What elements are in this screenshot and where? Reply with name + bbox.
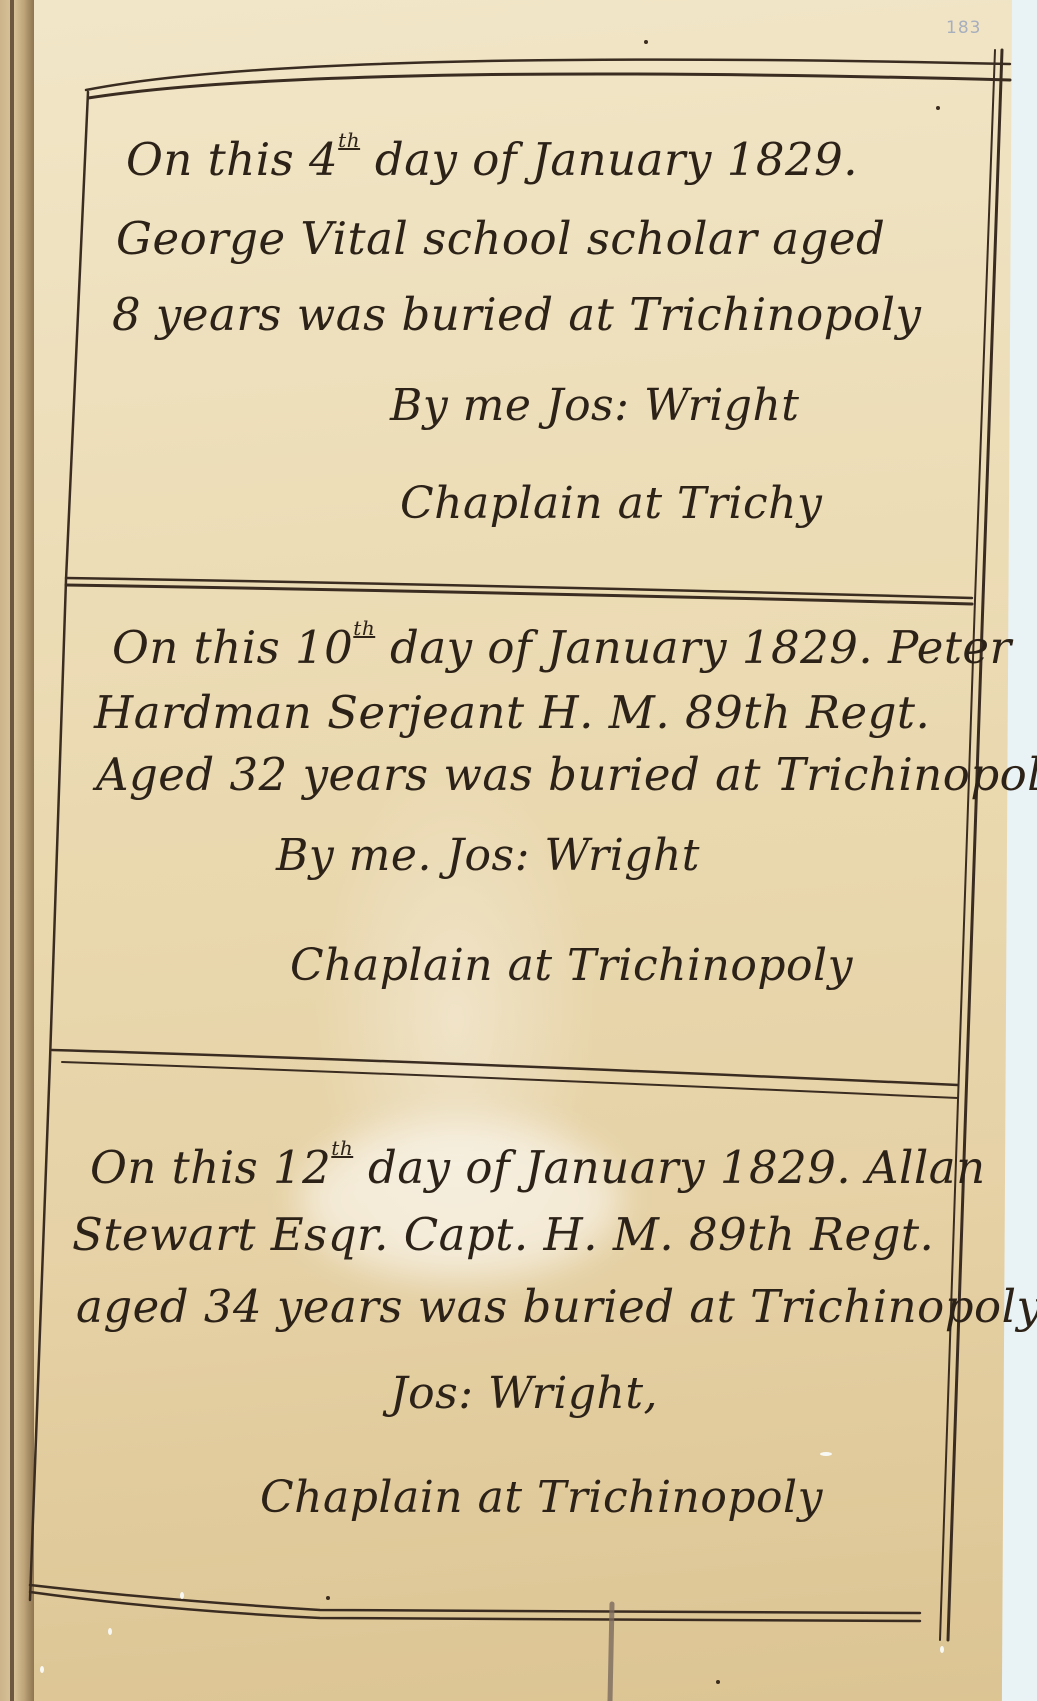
entry-2-date-suffix: day of January 1829. Peter [375,621,1011,674]
entry-1-date-suffix: day of January 1829. [360,133,858,186]
ink-speck [644,40,648,44]
entry-2-line-2: Hardman Serjeant H. M. 89th Regt. [94,686,930,739]
entry-3-signature: Jos: Wright, [390,1368,658,1419]
entry-2-line-1: On this 10th day of January 1829. Peter [112,616,1012,674]
entry-1-ordinal: th [338,128,360,152]
entry-1-line-3: 8 years was buried at Trichinopoly [112,288,921,341]
entry-1-date-prefix: On this 4 [126,133,338,186]
paper-fleck [40,1666,44,1673]
entry-3-date-prefix: On this 12 [90,1141,331,1194]
book-gutter [0,0,34,1701]
entry-3-line-2: Stewart Esqr. Capt. H. M. 89th Regt. [72,1208,934,1261]
entry-3-ordinal: th [331,1136,353,1160]
entry-2-line-3: Aged 32 years was buried at Trichinopoly [96,748,1037,801]
entry-1-signature: By me Jos: Wright [390,380,799,431]
ink-speck [936,106,940,110]
entry-3-date-suffix: day of January 1829. Allan [353,1141,985,1194]
entry-2-ordinal: th [353,616,375,640]
entry-2-signature: By me. Jos: Wright [276,830,700,881]
page-number: 183 [946,18,981,38]
paper-fleck [180,1592,184,1599]
paper-fleck [108,1628,112,1635]
entry-2-date-prefix: On this 10 [112,621,353,674]
binding-edge [10,0,14,1701]
entry-1-line-1: On this 4th day of January 1829. [126,128,858,186]
ink-speck [326,1596,330,1600]
ink-speck [716,1680,720,1684]
entry-1-chaplain-title: Chaplain at Trichy [400,478,822,529]
entry-3-line-1: On this 12th day of January 1829. Allan [90,1136,986,1194]
entry-2-chaplain-title: Chaplain at Trichinopoly [290,940,853,991]
entry-3-line-3: aged 34 years was buried at Trichinopoly [76,1280,1037,1333]
entry-1-line-2: George Vital school scholar aged [116,212,885,265]
paper-fleck [820,1452,832,1456]
paper-fleck [940,1646,944,1653]
entry-3-chaplain-title: Chaplain at Trichinopoly [260,1472,823,1523]
